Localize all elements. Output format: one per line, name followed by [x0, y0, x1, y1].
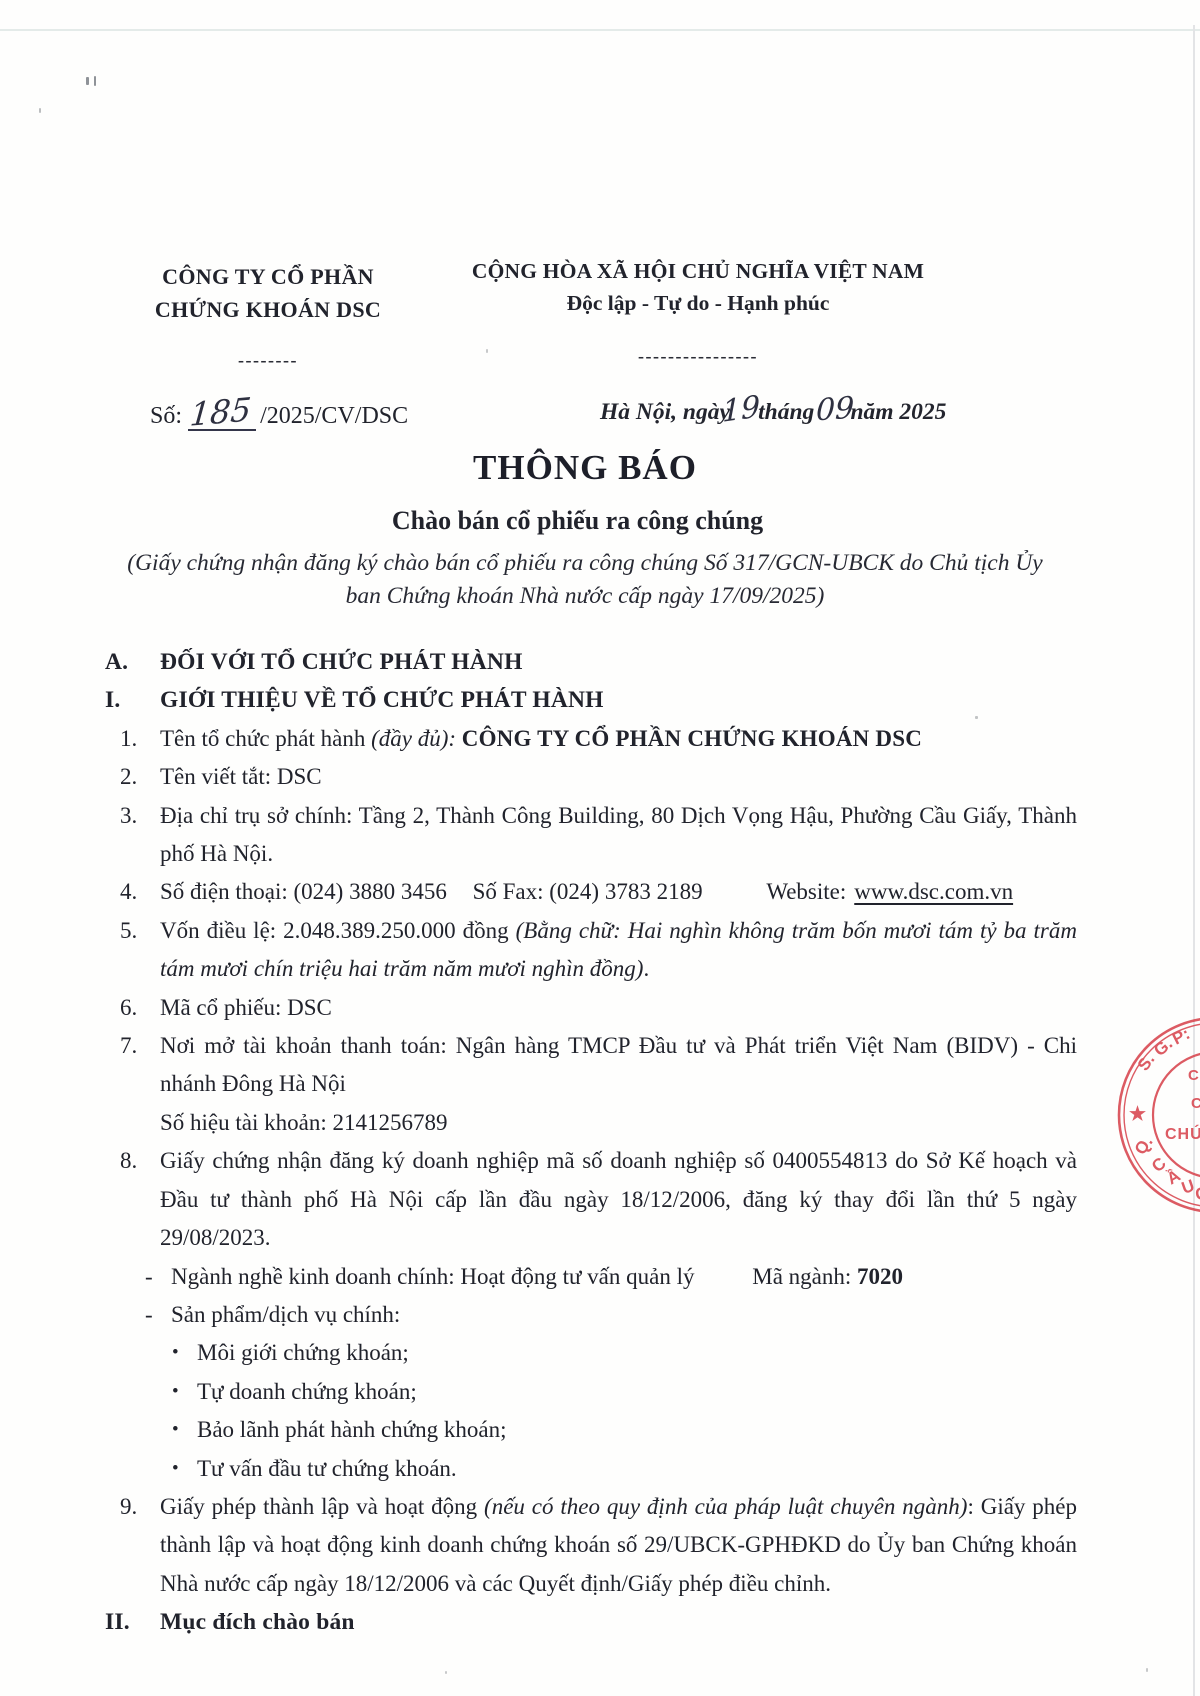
item-4: 4. Số điện thoại: (024) 3880 3456 Số Fax…: [105, 873, 1077, 911]
ref-label: Số:: [150, 403, 182, 429]
scan-speck: [445, 1671, 447, 1674]
bullet-3-text: Bảo lãnh phát hành chứng khoán;: [197, 1417, 506, 1442]
item-1-value: CÔNG TY CỔ PHẦN CHỨNG KHOÁN DSC: [462, 726, 922, 751]
item-8-text: Giấy chứng nhận đăng ký doanh nghiệp mã …: [160, 1148, 1077, 1250]
dash-marker: -: [145, 1296, 153, 1334]
bullet-1-text: Môi giới chứng khoán;: [197, 1340, 409, 1365]
section-a-text: ĐỐI VỚI TỔ CHỨC PHÁT HÀNH: [160, 649, 523, 675]
handwritten-month: 09: [816, 391, 855, 429]
item-7-line1: Nơi mở tài khoản thanh toán: Ngân hàng T…: [160, 1033, 1077, 1096]
item-6: 6. Mã cổ phiếu: DSC: [105, 989, 1077, 1027]
ref-suffix: /2025/CV/DSC: [260, 403, 408, 429]
section-a-heading: A. ĐỐI VỚI TỔ CHỨC PHÁT HÀNH: [105, 643, 1077, 681]
national-title: CỘNG HÒA XÃ HỘI CHỦ NGHĨA VIỆT NAM: [428, 256, 968, 287]
section-ii-text: Mục đích chào bán: [160, 1609, 355, 1635]
item-3: 3. Địa chỉ trụ sở chính: Tầng 2, Thành C…: [105, 797, 1077, 874]
item-4-website-url: www.dsc.com.vn: [854, 879, 1013, 904]
scan-speck: [39, 108, 41, 113]
section-a-marker: A.: [105, 643, 128, 681]
item-2-text: Tên viết tắt: DSC: [160, 764, 322, 789]
item-9-lead-italic: (nếu có theo quy định của pháp luật chuy…: [484, 1494, 967, 1519]
section-ii-marker: II.: [105, 1603, 130, 1641]
item-8-industry-code-label: Mã ngành:: [752, 1264, 851, 1289]
item-1-marker: 1.: [120, 720, 137, 758]
bullet-marker: •: [172, 1373, 179, 1411]
license-note-line1: (Giấy chứng nhận đăng ký chào bán cổ phi…: [110, 547, 1060, 580]
item-8-sub-2: - Sản phẩm/dịch vụ chính:: [105, 1296, 1077, 1334]
org-header: CÔNG TY CỔ PHẦN CHỨNG KHOÁN DSC --------: [128, 260, 408, 371]
bullet-item-4: • Tư vấn đầu tư chứng khoán.: [105, 1450, 1077, 1488]
red-stamp-svg: S. G. P: ★ Q. C Ầ U G C C CHÚ: [1115, 1008, 1200, 1220]
ref-number-line: Số:185/2025/CV/DSC: [150, 399, 408, 431]
item-1: 1. Tên tổ chức phát hành (đầy đủ): CÔNG …: [105, 720, 1077, 758]
bullet-marker: •: [172, 1411, 179, 1449]
item-7-line2: Số hiệu tài khoản: 2141256789: [160, 1110, 447, 1135]
item-3-text: Địa chỉ trụ sở chính: Tầng 2, Thành Công…: [160, 803, 1077, 866]
date-prefix: Hà Nội, ngày: [600, 399, 730, 425]
national-divider: ----------------: [428, 346, 968, 367]
stamp-arc-bottom-5: G: [1194, 1183, 1200, 1203]
bullet-marker: •: [172, 1334, 179, 1372]
item-9-lead: Giấy phép thành lập và hoạt động: [160, 1494, 477, 1519]
item-2: 2. Tên viết tắt: DSC: [105, 758, 1077, 796]
scan-edge-line: [1193, 25, 1195, 1696]
org-divider: --------: [128, 350, 408, 371]
scan-hairline-top: [0, 29, 1200, 31]
item-3-marker: 3.: [120, 797, 137, 835]
section-i-marker: I.: [105, 681, 120, 719]
item-8-industry-code: 7020: [857, 1264, 903, 1289]
bullet-marker: •: [172, 1450, 179, 1488]
doc-title: THÔNG BÁO: [0, 448, 1170, 488]
scan-speck: [94, 76, 96, 86]
date-mid: tháng: [758, 399, 814, 425]
item-5-tail: .: [643, 956, 649, 981]
stamp-inner-line3: CHÚ: [1165, 1124, 1200, 1143]
date-line: Hà Nội, ngày19tháng09năm 2025: [600, 396, 946, 427]
item-8: 8. Giấy chứng nhận đăng ký doanh nghiệp …: [105, 1142, 1077, 1257]
item-4-phone: Số điện thoại: (024) 3880 3456: [160, 879, 447, 904]
date-suffix: năm 2025: [850, 399, 946, 425]
item-5-text: Vốn điều lệ: 2.048.389.250.000 đồng: [160, 918, 509, 943]
item-7-account: Số hiệu tài khoản: 2141256789: [105, 1104, 1077, 1142]
handwritten-ref-number: 185: [188, 399, 256, 431]
doc-body: A. ĐỐI VỚI TỔ CHỨC PHÁT HÀNH I. GIỚI THI…: [105, 643, 1077, 1642]
item-7: 7. Nơi mở tài khoản thanh toán: Ngân hàn…: [105, 1027, 1077, 1104]
item-8-sub2-text: Sản phẩm/dịch vụ chính:: [171, 1302, 400, 1327]
org-name-line1: CÔNG TY CỔ PHẦN: [128, 260, 408, 293]
item-9-marker: 9.: [120, 1488, 137, 1526]
bullet-item-2: • Tự doanh chứng khoán;: [105, 1373, 1077, 1411]
national-motto: Độc lập - Tự do - Hạnh phúc: [428, 287, 968, 320]
handwritten-day: 19: [722, 389, 760, 430]
bullet-2-text: Tự doanh chứng khoán;: [197, 1379, 417, 1404]
bullet-item-1: • Môi giới chứng khoán;: [105, 1334, 1077, 1372]
org-name-line2: CHỨNG KHOÁN DSC: [128, 293, 408, 326]
scan-speck: [86, 77, 89, 85]
item-1-label: Tên tổ chức phát hành: [160, 726, 365, 751]
item-6-marker: 6.: [120, 989, 137, 1027]
section-ii-heading: II. Mục đích chào bán: [105, 1603, 1077, 1641]
stamp-inner-line1: C: [1188, 1067, 1199, 1084]
stamp-star-icon: ★: [1129, 1104, 1146, 1125]
item-5: 5. Vốn điều lệ: 2.048.389.250.000 đồng (…: [105, 912, 1077, 989]
item-8-sub-1: - Ngành nghề kinh doanh chính: Hoạt động…: [105, 1258, 1077, 1296]
national-header: CỘNG HÒA XÃ HỘI CHỦ NGHĨA VIỆT NAM Độc l…: [428, 256, 968, 367]
dash-marker: -: [145, 1258, 153, 1296]
item-6-text: Mã cổ phiếu: DSC: [160, 995, 332, 1020]
item-2-marker: 2.: [120, 758, 137, 796]
bullet-4-text: Tư vấn đầu tư chứng khoán.: [197, 1456, 457, 1481]
license-note-line2: ban Chứng khoán Nhà nước cấp ngày 17/09/…: [110, 580, 1060, 613]
item-4-fax: Số Fax: (024) 3783 2189: [473, 879, 703, 904]
bullet-item-3: • Bảo lãnh phát hành chứng khoán;: [105, 1411, 1077, 1449]
scan-speck: [1146, 1668, 1148, 1672]
item-1-label-italic: (đầy đủ):: [371, 726, 456, 751]
section-i-text: GIỚI THIỆU VỀ TỔ CHỨC PHÁT HÀNH: [160, 687, 604, 713]
item-4-website-label: Website:: [766, 879, 846, 904]
item-8-sub1-text: Ngành nghề kinh doanh chính: Hoạt động t…: [171, 1264, 695, 1289]
item-4-marker: 4.: [120, 873, 137, 911]
section-i-heading: I. GIỚI THIỆU VỀ TỔ CHỨC PHÁT HÀNH: [105, 681, 1077, 719]
stamp-inner-line2: C: [1191, 1095, 1200, 1112]
stamp-arc-top-1: S.: [1134, 1050, 1159, 1074]
red-stamp: S. G. P: ★ Q. C Ầ U G C C CHÚ: [1115, 1008, 1200, 1220]
item-7-marker: 7.: [120, 1027, 137, 1065]
doc-subtitle: Chào bán cổ phiếu ra công chúng: [0, 506, 1155, 536]
license-note: (Giấy chứng nhận đăng ký chào bán cổ phi…: [110, 547, 1060, 613]
stamp-arc-bottom-1: Q.: [1131, 1133, 1157, 1159]
scanned-document-page: CÔNG TY CỔ PHẦN CHỨNG KHOÁN DSC --------…: [0, 0, 1200, 1696]
item-8-marker: 8.: [120, 1142, 137, 1180]
item-5-marker: 5.: [120, 912, 137, 950]
item-9: 9. Giấy phép thành lập và hoạt động (nếu…: [105, 1488, 1077, 1603]
